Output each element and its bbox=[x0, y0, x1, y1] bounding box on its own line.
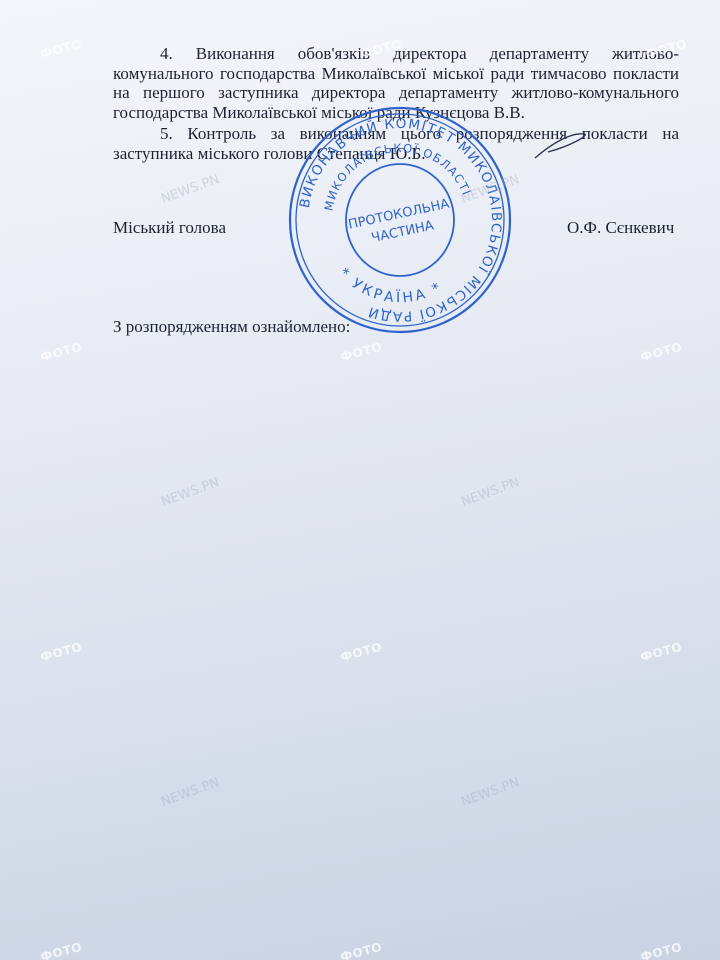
signature-mark bbox=[530, 130, 590, 160]
watermark-foto: ФОТО bbox=[639, 640, 684, 665]
watermark-news: NEWS.PN bbox=[459, 475, 521, 510]
watermark-foto: ФОТО bbox=[639, 940, 684, 960]
signatory-name: О.Ф. Сєнкевич bbox=[567, 218, 674, 238]
watermark-foto: ФОТО bbox=[339, 340, 384, 365]
svg-text:* УКРАЇНА *: * УКРАЇНА * bbox=[336, 265, 447, 306]
watermark-foto: ФОТО bbox=[39, 37, 84, 62]
signatory-title: Міський голова bbox=[113, 218, 226, 238]
watermark-news: NEWS.PN bbox=[459, 775, 521, 810]
watermark-foto: ФОТО bbox=[39, 640, 84, 665]
stamp-bottom-text: * УКРАЇНА * bbox=[336, 265, 447, 306]
watermark-news: NEWS.PN bbox=[159, 172, 221, 207]
watermark-foto: ФОТО bbox=[339, 640, 384, 665]
watermark-foto: ФОТО bbox=[639, 340, 684, 365]
watermark-foto: ФОТО bbox=[39, 940, 84, 960]
watermark-foto: ФОТО bbox=[339, 940, 384, 960]
watermark-foto: ФОТО bbox=[39, 340, 84, 365]
official-stamp: ВИКОНАВЧИЙ КОМІТЕТ МИКОЛАЇВСЬКОЇ МІСЬКОЇ… bbox=[285, 100, 515, 340]
document-page: 4. Виконання обов'язків директора департ… bbox=[0, 0, 720, 960]
watermark-news: NEWS.PN bbox=[159, 475, 221, 510]
watermark-news: NEWS.PN bbox=[159, 775, 221, 810]
